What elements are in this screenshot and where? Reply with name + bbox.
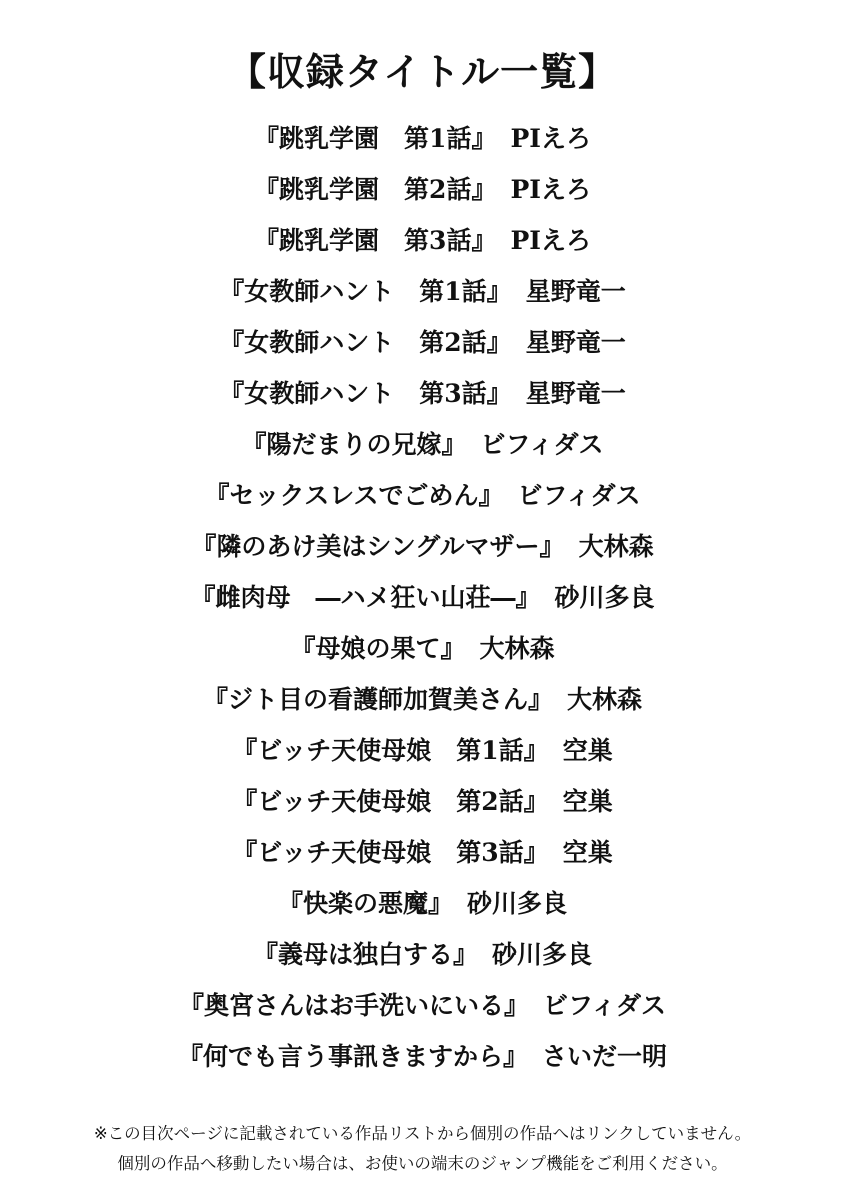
toc-item: 『雌肉母 ―ハメ狂い山荘―』砂川多良 [0, 572, 845, 623]
author-name: 砂川多良 [467, 889, 567, 918]
toc-item: 『女教師ハント 第2話』星野竜一 [0, 317, 845, 368]
page-title: 【収録タイトル一覧】 [0, 46, 845, 98]
author-name: さいだ一明 [542, 1042, 667, 1071]
toc-item: 『隣のあけ美はシングルマザー』大林森 [0, 521, 845, 572]
toc-item: 『何でも言う事訊きますから』さいだ一明 [0, 1031, 845, 1082]
footer-note: ※この目次ページに記載されている作品リストから個別の作品へはリンクしていません。… [0, 1119, 845, 1179]
work-title: 『ビッチ天使母娘 第2話』 [232, 787, 548, 816]
work-title: 『跳乳学園 第1話』 [254, 124, 496, 153]
author-name: ビフィダス [518, 481, 641, 510]
toc-list: 『跳乳学園 第1話』PIえろ 『跳乳学園 第2話』PIえろ 『跳乳学園 第3話』… [0, 113, 845, 1082]
work-title: 『女教師ハント 第1話』 [219, 277, 511, 306]
work-title: 『何でも言う事訊きますから』 [178, 1042, 528, 1071]
author-name: PIえろ [510, 124, 591, 153]
toc-item: 『セックスレスでごめん』ビフィダス [0, 470, 845, 521]
footer-note-line-2: 個別の作品へ移動したい場合は、お使いの端末のジャンプ機能をご利用ください。 [0, 1149, 845, 1179]
work-title: 『ジト目の看護師加賀美さん』 [203, 685, 553, 714]
toc-item: 『ビッチ天使母娘 第2話』空巣 [0, 776, 845, 827]
toc-item: 『ビッチ天使母娘 第3話』空巣 [0, 827, 845, 878]
author-name: 砂川多良 [492, 940, 592, 969]
author-name: 星野竜一 [526, 379, 626, 408]
work-title: 『雌肉母 ―ハメ狂い山荘―』 [190, 583, 540, 612]
toc-item: 『跳乳学園 第1話』PIえろ [0, 113, 845, 164]
toc-item: 『跳乳学園 第2話』PIえろ [0, 164, 845, 215]
work-title: 『快楽の悪魔』 [278, 889, 453, 918]
work-title: 『ビッチ天使母娘 第3話』 [232, 838, 548, 867]
toc-item: 『母娘の果て』大林森 [0, 623, 845, 674]
work-title: 『女教師ハント 第3話』 [219, 379, 511, 408]
toc-item: 『跳乳学園 第3話』PIえろ [0, 215, 845, 266]
work-title: 『女教師ハント 第2話』 [219, 328, 511, 357]
author-name: 空巣 [563, 787, 613, 816]
work-title: 『セックスレスでごめん』 [204, 481, 503, 510]
author-name: 砂川多良 [555, 583, 655, 612]
toc-item: 『女教師ハント 第1話』星野竜一 [0, 266, 845, 317]
toc-item: 『ジト目の看護師加賀美さん』大林森 [0, 674, 845, 725]
work-title: 『母娘の果て』 [290, 634, 465, 663]
author-name: 星野竜一 [526, 277, 626, 306]
work-title: 『隣のあけ美はシングルマザー』 [191, 532, 564, 561]
toc-item: 『女教師ハント 第3話』星野竜一 [0, 368, 845, 419]
author-name: PIえろ [510, 226, 591, 255]
work-title: 『跳乳学園 第2話』 [254, 175, 496, 204]
work-title: 『ビッチ天使母娘 第1話』 [232, 736, 548, 765]
footer-note-line-1: ※この目次ページに記載されている作品リストから個別の作品へはリンクしていません。 [0, 1119, 845, 1149]
author-name: ビフィダス [543, 991, 666, 1020]
toc-item: 『ビッチ天使母娘 第1話』空巣 [0, 725, 845, 776]
author-name: ビフィダス [481, 430, 604, 459]
work-title: 『跳乳学園 第3話』 [254, 226, 496, 255]
toc-page: 【収録タイトル一覧】 『跳乳学園 第1話』PIえろ 『跳乳学園 第2話』PIえろ… [0, 0, 845, 1200]
author-name: 空巣 [563, 736, 613, 765]
author-name: 大林森 [579, 532, 654, 561]
author-name: 空巣 [563, 838, 613, 867]
toc-item: 『奥宮さんはお手洗いにいる』ビフィダス [0, 980, 845, 1031]
work-title: 『陽だまりの兄嫁』 [241, 430, 466, 459]
toc-item: 『快楽の悪魔』砂川多良 [0, 878, 845, 929]
author-name: 大林森 [480, 634, 555, 663]
work-title: 『義母は独白する』 [253, 940, 478, 969]
author-name: PIえろ [510, 175, 591, 204]
author-name: 星野竜一 [526, 328, 626, 357]
toc-item: 『義母は独白する』砂川多良 [0, 929, 845, 980]
work-title: 『奥宮さんはお手洗いにいる』 [179, 991, 529, 1020]
toc-item: 『陽だまりの兄嫁』ビフィダス [0, 419, 845, 470]
author-name: 大林森 [567, 685, 642, 714]
